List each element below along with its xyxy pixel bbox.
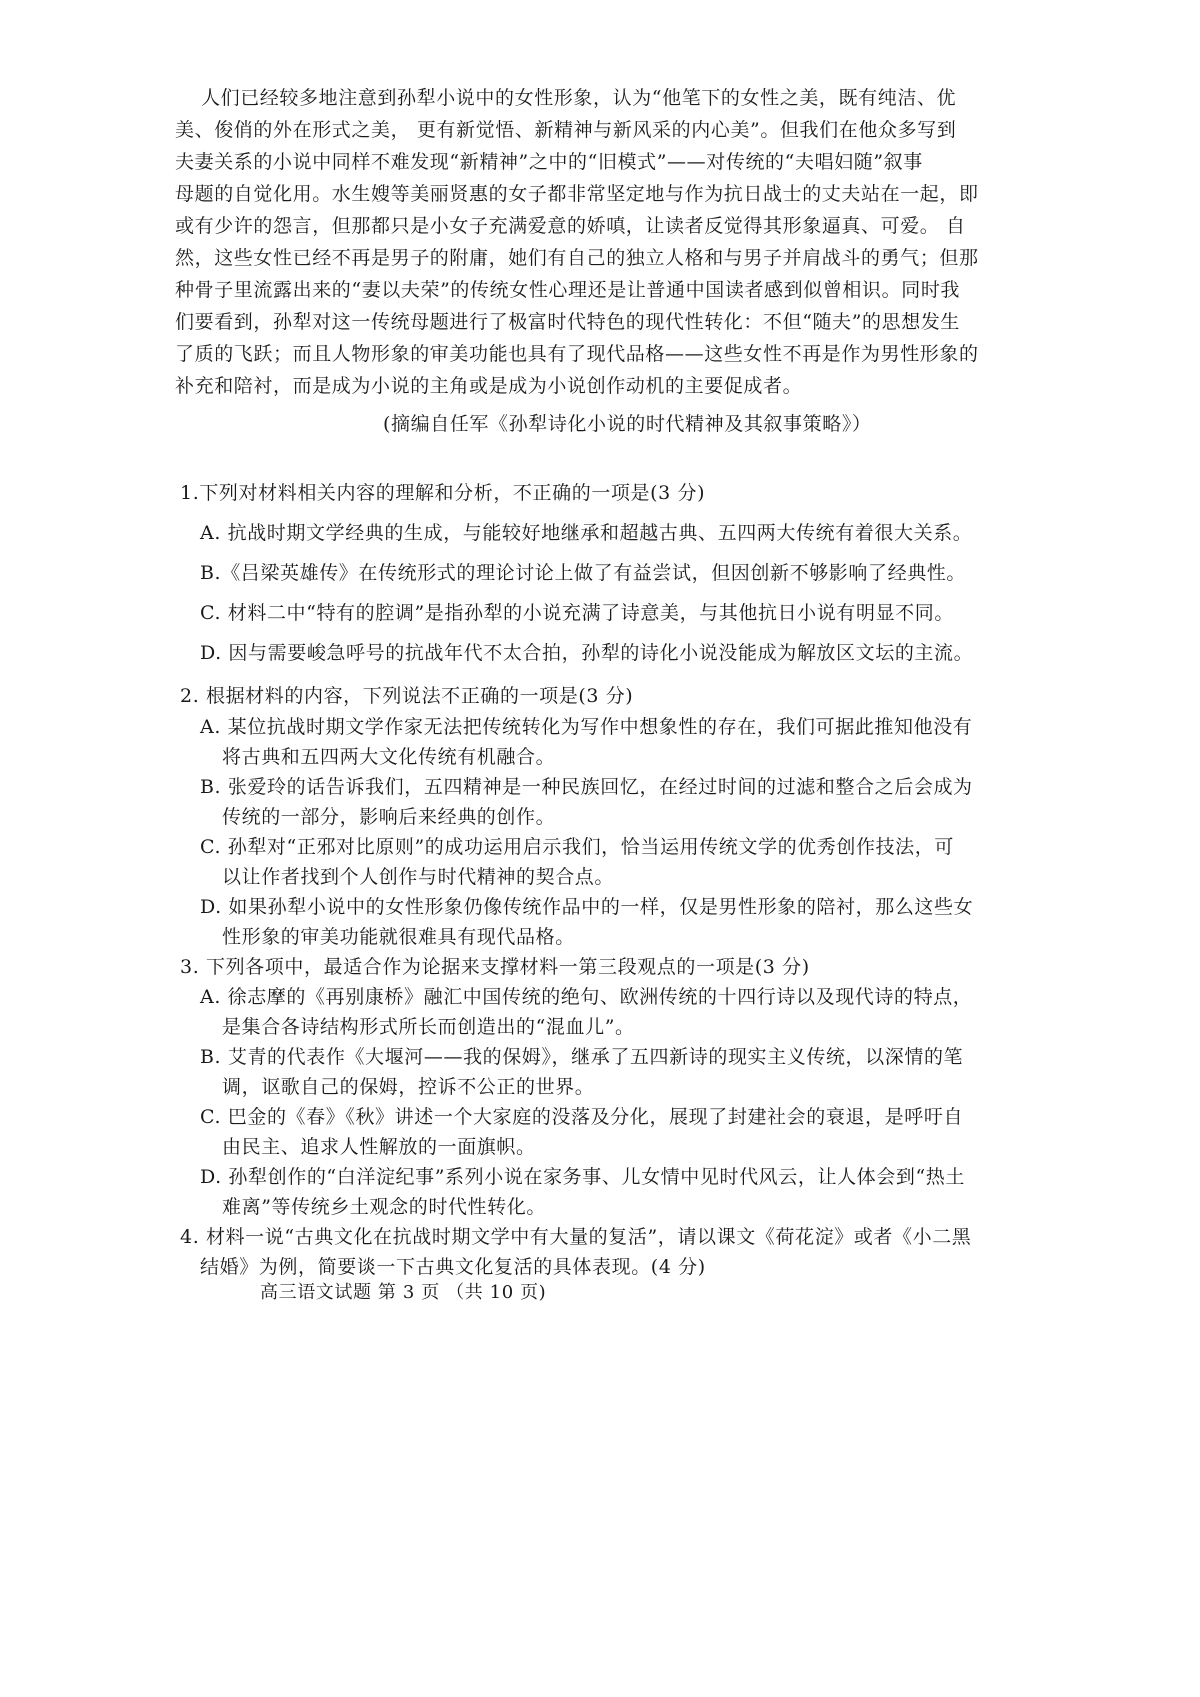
question-stem: 2. 根据材料的内容，下列说法不正确的一项是(3 分) bbox=[180, 684, 633, 708]
passage-line: 种骨子里流露出来的“妻以夫荣”的传统女性心理还是让普通中国读者感到似曾相识。同时… bbox=[175, 278, 960, 302]
passage-line: 母题的自觉化用。水生嫂等美丽贤惠的女子都非常坚定地与作为抗日战士的丈夫站在一起，… bbox=[175, 182, 979, 206]
passage-line: 美、俊俏的外在形式之美， 更有新觉悟、新精神与新风采的内心美”。但我们在他众多写… bbox=[175, 118, 956, 142]
question-stem: 1.下列对材料相关内容的理解和分析，不正确的一项是(3 分) bbox=[180, 481, 705, 505]
question-stem-cont: 结婚》为例，简要谈一下古典文化复活的具体表现。(4 分) bbox=[200, 1255, 706, 1279]
option-d: D. 孙犁创作的“白洋淀纪事”系列小说在家务事、儿女情中见时代风云，让人体会到“… bbox=[200, 1165, 965, 1189]
option-a-cont: 将古典和五四两大文化传统有机融合。 bbox=[222, 745, 555, 769]
citation: (摘编自任军《孙犁诗化小说的时代精神及其叙事策略》） bbox=[383, 412, 872, 436]
option-c: C. 巴金的《春》《秋》讲述一个大家庭的没落及分化，展现了封建社会的衰退，是呼吁… bbox=[200, 1105, 963, 1129]
option-a: A. 某位抗战时期文学作家无法把传统转化为写作中想象性的存在，我们可据此推知他没… bbox=[200, 715, 972, 739]
option-c-cont: 由民主、追求人性解放的一面旗帜。 bbox=[222, 1135, 536, 1159]
option-a: A. 抗战时期文学经典的生成，与能较好地继承和超越古典、五四两大传统有着很大关系… bbox=[200, 521, 972, 545]
option-c: C. 材料二中“特有的腔调”是指孙犁的小说充满了诗意美，与其他抗日小说有明显不同… bbox=[200, 601, 954, 625]
passage-line: 然，这些女性已经不再是男子的附庸，她们有自己的独立人格和与男子并肩战斗的勇气；但… bbox=[175, 246, 979, 270]
option-b: B. 艾青的代表作《大堰河——我的保姆》，继承了五四新诗的现实主义传统，以深情的… bbox=[200, 1045, 963, 1069]
option-d: D. 因与需要峻急呼号的抗战年代不太合拍，孙犁的诗化小说没能成为解放区文坛的主流… bbox=[200, 641, 973, 665]
option-d-cont: 性形象的审美功能就很难具有现代品格。 bbox=[222, 925, 575, 949]
passage-line: 了质的飞跃；而且人物形象的审美功能也具有了现代品格——这些女性不再是作为男性形象… bbox=[175, 342, 979, 366]
option-a-cont: 是集合各诗结构形式所长而创造出的“混血儿”。 bbox=[222, 1015, 635, 1039]
option-b-cont: 传统的一部分，影响后来经典的创作。 bbox=[222, 805, 555, 829]
question-stem: 4. 材料一说“古典文化在抗战时期文学中有大量的复活”，请以课文《荷花淀》或者《… bbox=[180, 1225, 971, 1249]
passage-line: 们要看到，孙犁对这一传统母题进行了极富时代特色的现代性转化：不但“随夫”的思想发… bbox=[175, 310, 960, 334]
question-stem: 3. 下列各项中，最适合作为论据来支撑材料一第三段观点的一项是(3 分) bbox=[180, 955, 810, 979]
option-b: B. 张爱玲的话告诉我们，五四精神是一种民族回忆，在经过时间的过滤和整合之后会成… bbox=[200, 775, 973, 799]
passage-line: 或有少许的怨言，但那都只是小女子充满爱意的娇嗔，让读者反觉得其形象逼真、可爱。 … bbox=[175, 214, 966, 238]
option-b-cont: 调，讴歌自己的保姆，控诉不公正的世界。 bbox=[222, 1075, 594, 1099]
page-footer: 高三语文试题 第 3 页 （共 10 页) bbox=[260, 1281, 546, 1305]
passage-line: 人们已经较多地注意到孙犁小说中的女性形象，认为“他笔下的女性之美，既有纯洁、优 bbox=[201, 86, 956, 110]
option-a: A. 徐志摩的《再别康桥》融汇中国传统的绝句、欧洲传统的十四行诗以及现代诗的特点… bbox=[200, 985, 972, 1009]
option-b: B.《吕梁英雄传》在传统形式的理论讨论上做了有益尝试，但因创新不够影响了经典性。 bbox=[200, 561, 966, 585]
passage-line: 夫妻关系的小说中同样不难发现“新精神”之中的“旧模式”——对传统的“夫唱妇随”叙… bbox=[175, 150, 923, 174]
option-c: C. 孙犁对“正邪对比原则”的成功运用启示我们，恰当运用传统文学的优秀创作技法，… bbox=[200, 835, 954, 859]
passage-line: 补充和陪衬，而是成为小说的主角或是成为小说创作动机的主要促成者。 bbox=[175, 374, 802, 398]
option-c-cont: 以让作者找到个人创作与时代精神的契合点。 bbox=[222, 865, 614, 889]
option-d-cont: 难离”等传统乡土观念的时代性转化。 bbox=[222, 1195, 546, 1219]
option-d: D. 如果孙犁小说中的女性形象仍像传统作品中的一样，仅是男性形象的陪衬，那么这些… bbox=[200, 895, 973, 919]
